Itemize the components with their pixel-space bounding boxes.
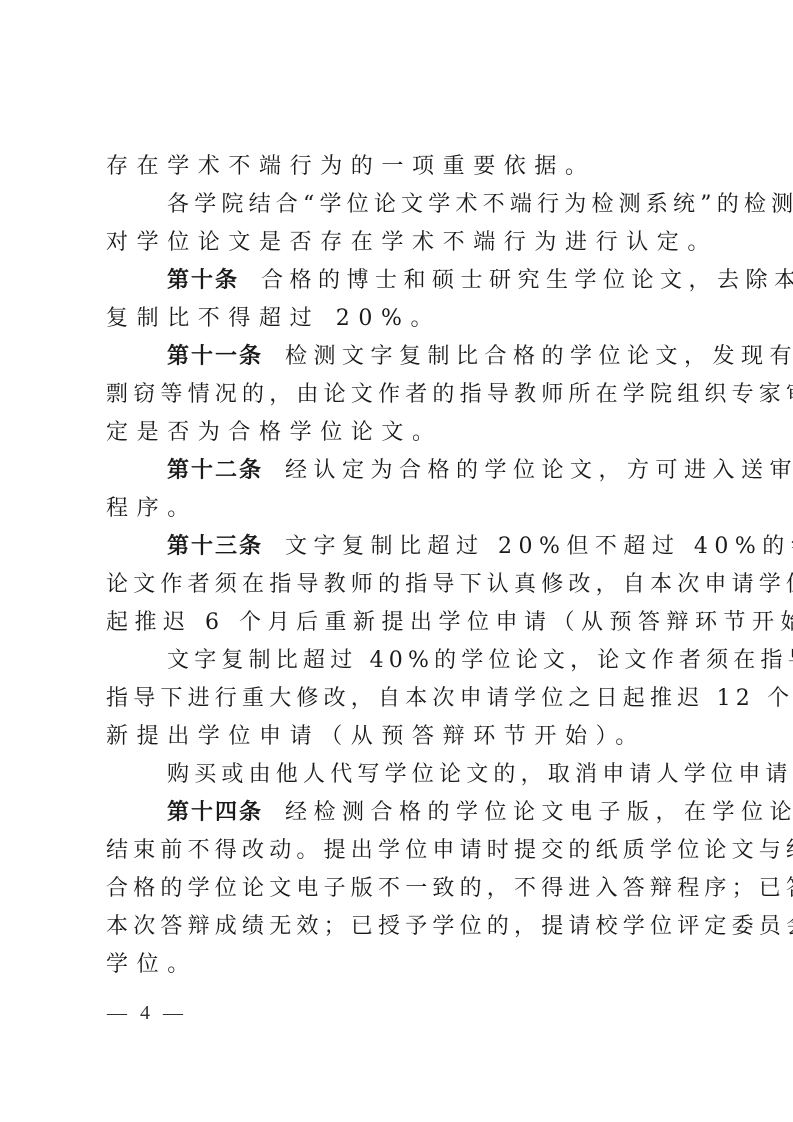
article-text: 经检测合格的学位论文电子版，在学位论文答辩 <box>285 800 793 825</box>
article-label: 第十一条 <box>167 344 263 369</box>
article-10: 第十条合格的博士和硕士研究生学位论文，去除本人文献 <box>106 262 692 300</box>
article-label: 第十四条 <box>167 800 263 825</box>
article-11: 第十一条检测文字复制比合格的学位论文，发现有抄袭、 <box>106 338 692 376</box>
text-line: 指导下进行重大修改，自本次申请学位之日起推迟 12 个月后重 <box>106 680 692 718</box>
article-text: 文字复制比超过 20%但不超过 40%的学位论文， <box>285 534 793 559</box>
text-line: 学位。 <box>106 946 692 984</box>
text-line: 存在学术不端行为的一项重要依据。 <box>106 148 692 186</box>
paragraph-start: 购买或由他人代写学位论文的，取消申请人学位申请资格。 <box>106 756 692 794</box>
text-line: 对学位论文是否存在学术不端行为进行认定。 <box>106 224 692 262</box>
paragraph-start: 各学院结合“学位论文学术不端行为检测系统”的检测结果， <box>106 186 692 224</box>
text-line: 论文作者须在指导教师的指导下认真修改，自本次申请学位之日 <box>106 566 692 604</box>
text-line: 起推迟 6 个月后重新提出学位申请（从预答辩环节开始）。 <box>106 604 692 642</box>
article-text: 经认定为合格的学位论文，方可进入送审及答辩 <box>285 458 793 483</box>
article-14: 第十四条经检测合格的学位论文电子版，在学位论文答辩 <box>106 794 692 832</box>
article-label: 第十三条 <box>167 534 263 559</box>
text-line: 剽窃等情况的，由论文作者的指导教师所在学院组织专家审查认 <box>106 376 692 414</box>
article-13: 第十三条文字复制比超过 20%但不超过 40%的学位论文， <box>106 528 692 566</box>
text-line: 定是否为合格学位论文。 <box>106 414 692 452</box>
article-text: 合格的博士和硕士研究生学位论文，去除本人文献 <box>261 268 793 293</box>
page-number: — 4 — <box>107 1002 187 1025</box>
article-label: 第十二条 <box>167 458 263 483</box>
paragraph-start: 文字复制比超过 40%的学位论文，论文作者须在指导教师的 <box>106 642 692 680</box>
text-line: 合格的学位论文电子版不一致的，不得进入答辩程序；已答辩的， <box>106 870 692 908</box>
article-text: 检测文字复制比合格的学位论文，发现有抄袭、 <box>285 344 793 369</box>
article-12: 第十二条经认定为合格的学位论文，方可进入送审及答辩 <box>106 452 692 490</box>
text-line: 新提出学位申请（从预答辩环节开始）。 <box>106 718 692 756</box>
article-label: 第十条 <box>167 268 239 293</box>
text-line: 程序。 <box>106 490 692 528</box>
document-page-body: 存在学术不端行为的一项重要依据。 各学院结合“学位论文学术不端行为检测系统”的检… <box>106 148 692 984</box>
text-line: 本次答辩成绩无效；已授予学位的，提请校学位评定委员会撤销 <box>106 908 692 946</box>
text-line: 复制比不得超过 20%。 <box>106 300 692 338</box>
text-line: 结束前不得改动。提出学位申请时提交的纸质学位论文与经检测 <box>106 832 692 870</box>
